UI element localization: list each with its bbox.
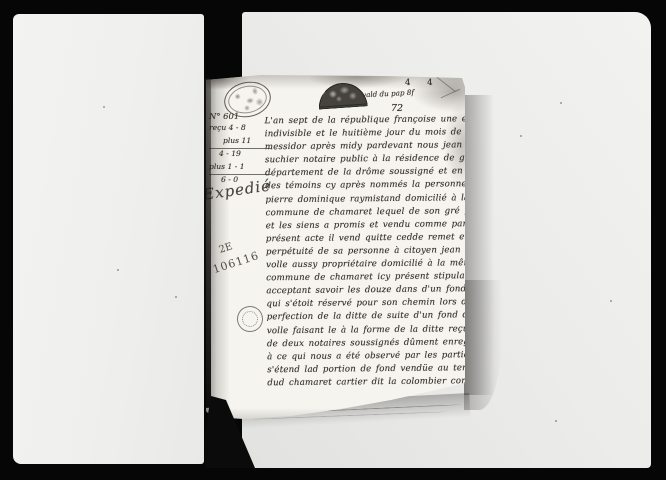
blank-facing-page: [13, 14, 204, 464]
archive-item-number: 106116: [211, 249, 261, 276]
fee-line: plus 1 - 1: [209, 162, 271, 174]
manuscript-page: 4 4 vald du pap 8f 72 N° 601 reçu 4 - 8 …: [206, 75, 465, 420]
paper-speck: [520, 135, 522, 137]
archive-series-code: 2E: [218, 241, 234, 256]
half-round-stamp-icon: [317, 81, 368, 109]
paper-speck: [117, 269, 119, 271]
margin-fee-account: N° 601 reçu 4 - 8 plus 11 4 - 19 plus 1 …: [209, 111, 271, 187]
paper-speck: [175, 296, 177, 298]
control-scribble: vald du pap 8f: [362, 88, 414, 100]
fee-line: plus 11: [209, 136, 271, 148]
archival-scan: 4 4 vald du pap 8f 72 N° 601 reçu 4 - 8 …: [0, 0, 666, 480]
paper-speck: [560, 102, 562, 104]
paper-speck: [103, 106, 105, 108]
round-stamp-icon: [234, 303, 267, 336]
corner-tear-line: [441, 89, 461, 98]
tally-marks: 4 4: [405, 78, 440, 88]
control-number: 72: [391, 103, 403, 114]
binding-gutter-shadow: [204, 78, 211, 408]
paper-speck: [555, 420, 557, 422]
folio-number: N° 601: [209, 111, 271, 123]
fee-line: reçu 4 - 8: [209, 123, 271, 135]
fee-subtotal: 4 - 19: [209, 148, 271, 161]
paper-speck: [610, 300, 612, 302]
round-stamp-inner-ring: [240, 309, 260, 329]
